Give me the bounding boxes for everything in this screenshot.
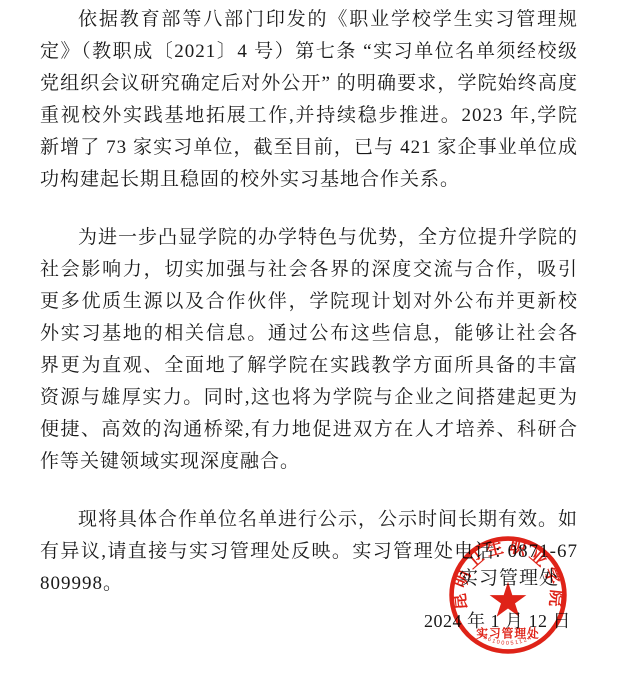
signature-department: 实习管理处 <box>459 563 559 590</box>
seal-serial-number: 5261000511240 <box>478 632 538 646</box>
signature-date: 2024 年 1 月 12 日 <box>424 607 571 633</box>
paragraph-purpose: 为进一步凸显学院的办学特色与优势，全方位提升学院的社会影响力，切实加强与社会各界… <box>40 222 578 478</box>
document-body: 依据教育部等八部门印发的《职业学校学生实习管理规定》（教职成〔2021〕4 号）… <box>40 4 578 626</box>
document-page: 依据教育部等八部门印发的《职业学校学生实习管理规定》（教职成〔2021〕4 号）… <box>0 0 631 677</box>
paragraph-regulation-basis: 依据教育部等八部门印发的《职业学校学生实习管理规定》（教职成〔2021〕4 号）… <box>40 4 578 196</box>
